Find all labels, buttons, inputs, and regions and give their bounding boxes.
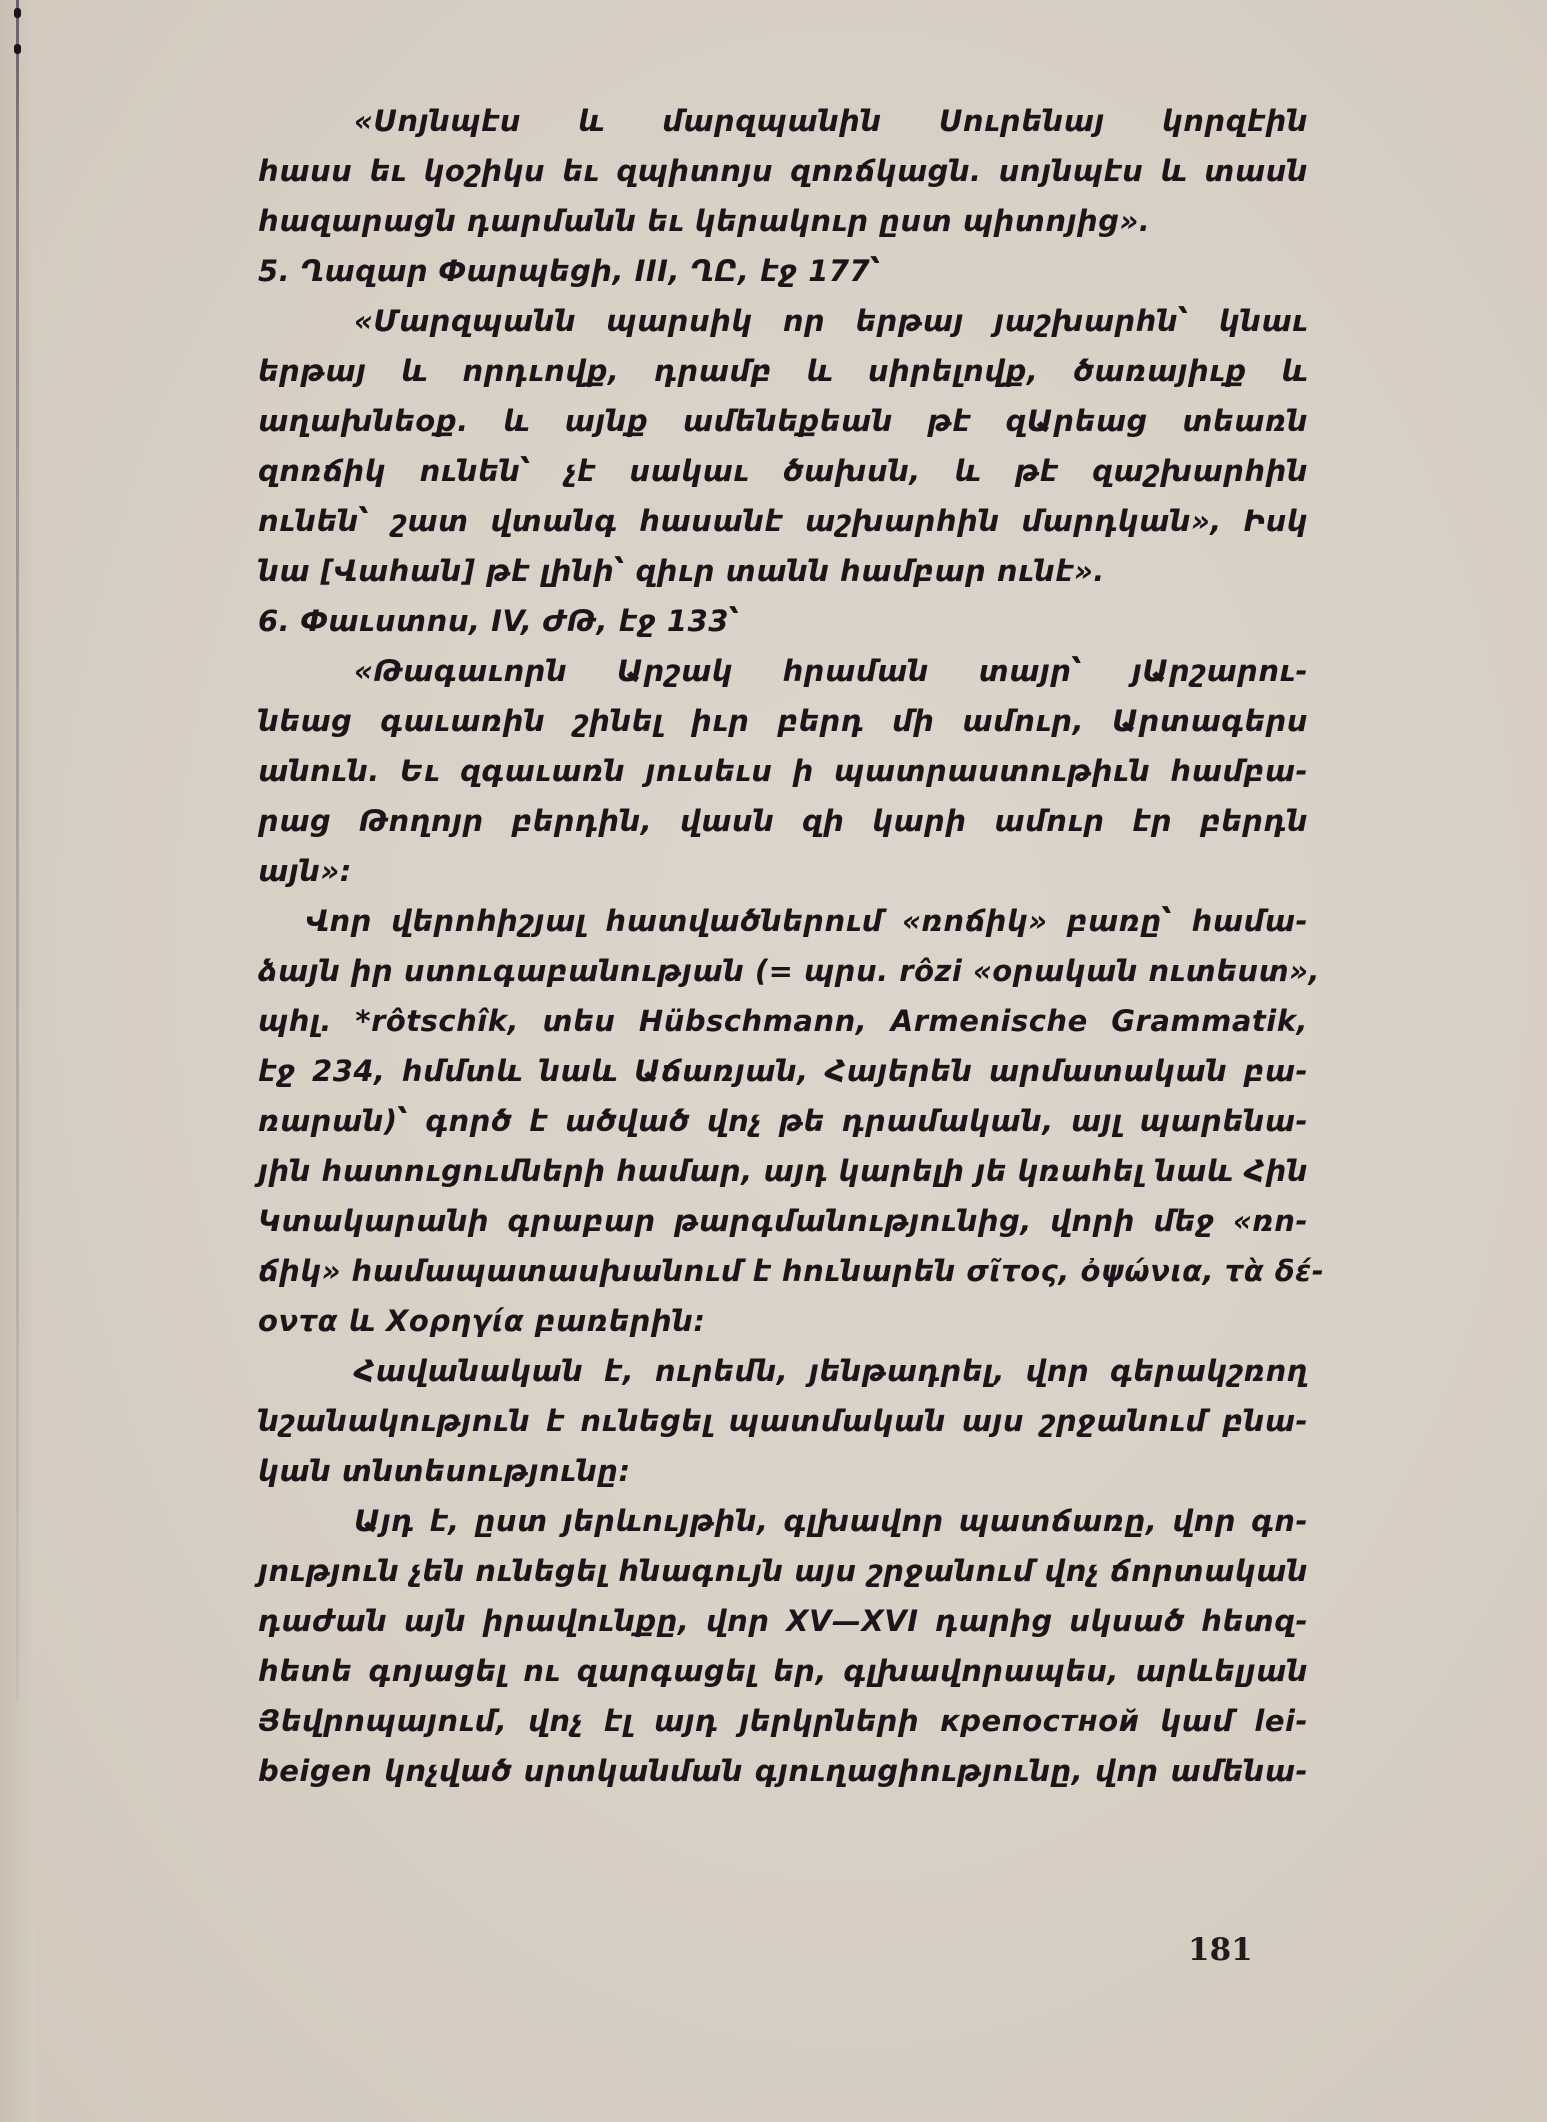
text-line: հազարացն դարմանն եւ կերակուր ըստ պիտոյից… bbox=[258, 196, 1308, 246]
text-line: հետե գոյացել ու զարգացել եր, գլխավորապես… bbox=[258, 1646, 1308, 1696]
text-line: նեաց գաւառին շինել իւր բերդ մի ամուր, Ար… bbox=[258, 696, 1308, 746]
text-line: հասս եւ կօշիկս եւ զպիտոյս զոռճկացն. սոյն… bbox=[258, 146, 1308, 196]
text-line: «Սոյնպէս և մարզպանին Սուրենայ կորզէին bbox=[258, 96, 1308, 146]
paragraph-rochik-etymology: Վոր վերոհիշյալ հատվածներում «ռոճիկ» բառը… bbox=[258, 896, 1308, 1346]
text-line: Հավանական է, ուրեմն, յենթադրել, վոր գերա… bbox=[258, 1346, 1308, 1396]
text-line: անուն. Եւ զգաւառն յուսեւս ի պատրաստութիւ… bbox=[258, 746, 1308, 796]
paragraph-main-reason: Այդ է, ըստ յերևույթին, գլխավոր պատճառը, … bbox=[258, 1496, 1308, 1796]
text-line: րաց Թողոյր բերդին, վասն զի կարի ամուր էր… bbox=[258, 796, 1308, 846]
text-line: οντα և Χορηγία բառերին: bbox=[258, 1296, 1308, 1346]
binding-stitch-mark bbox=[14, 8, 21, 18]
text-line: էջ 234, հմմտև նաև Աճառյան, Հայերեն արմատ… bbox=[258, 1046, 1308, 1096]
binding-edge-line bbox=[16, 0, 19, 1700]
text-line: զոռճիկ ունեն՝ չէ սակաւ ծախսն, և թէ զաշխա… bbox=[258, 446, 1308, 496]
quote-block-surena: «Սոյնպէս և մարզպանին Սուրենայ կորզէին հա… bbox=[258, 96, 1308, 246]
text-line: այն»: bbox=[258, 846, 1308, 896]
quote-block-marzpan: «Մարզպանն պարսիկ որ երթայ յաշխարհն՝ կնաւ… bbox=[258, 296, 1308, 596]
paragraph-natural-economy: Հավանական է, ուրեմն, յենթադրել, վոր գերա… bbox=[258, 1346, 1308, 1496]
book-page: «Սոյնպէս և մարզպանին Սուրենայ կորզէին հա… bbox=[0, 0, 1547, 2122]
text-line: նշանակություն է ունեցել պատմական այս շրջ… bbox=[258, 1396, 1308, 1446]
text-line: աղախնեօք. և այնք ամենեքեան թէ զԱրեաց տեա… bbox=[258, 396, 1308, 446]
text-line: «Մարզպանն պարսիկ որ երթայ յաշխարհն՝ կնաւ bbox=[258, 296, 1308, 346]
text-line: դաժան այն իրավունքը, վոր XV—XVI դարից սկ… bbox=[258, 1596, 1308, 1646]
text-line: նա [Վահան] թէ լինի՝ զիւր տանն համբար ուն… bbox=[258, 546, 1308, 596]
text-line: ճիկ» համապատասխանում է հունարեն σῖτος, ὀ… bbox=[258, 1246, 1308, 1296]
text-line: երթայ և որդւովք, դրամբ և սիրելովք, ծառայ… bbox=[258, 346, 1308, 396]
quote-block-arshak: «Թագաւորն Արշակ հրաման տայր՝ յԱրշարու- ն… bbox=[258, 646, 1308, 896]
text-line: կան տնտեսությունը: bbox=[258, 1446, 1308, 1496]
page-number: 181 bbox=[1188, 1932, 1253, 1968]
text-line: beigen կոչված սրտկանման գյուղացիությունը… bbox=[258, 1746, 1308, 1796]
text-line: «Թագաւորն Արշակ հրաման տայր՝ յԱրշարու- bbox=[258, 646, 1308, 696]
source-citation-5: 5. Ղազար Փարպեցի, III, ՂԸ, էջ 177՝ bbox=[258, 246, 1308, 296]
text-line: Վոր վերոհիշյալ հատվածներում «ռոճիկ» բառը… bbox=[258, 896, 1308, 946]
text-line: Կտակարանի գրաբար թարգմանությունից, վորի … bbox=[258, 1196, 1308, 1246]
binding-stitch-mark bbox=[14, 44, 21, 54]
text-line: ռարան)՝ գործ է ածված վոչ թե դրամական, այ… bbox=[258, 1096, 1308, 1146]
text-line: ձայն իր ստուգաբանության (= պրս. rôzi «օր… bbox=[258, 946, 1308, 996]
text-line: Յեվրոպայում, վոչ էլ այդ յերկրների крепос… bbox=[258, 1696, 1308, 1746]
source-citation-6: 6. Փաւստոս, IV, ԺԹ, էջ 133՝ bbox=[258, 596, 1308, 646]
page-text-body: «Սոյնպէս և մարզպանին Սուրենայ կորզէին հա… bbox=[258, 96, 1308, 1796]
text-line: յություն չեն ունեցել հնագույն այս շրջանո… bbox=[258, 1546, 1308, 1596]
text-line: ունեն՝ շատ վտանգ հասանէ աշխարհին մարդկան… bbox=[258, 496, 1308, 546]
text-line: Այդ է, ըստ յերևույթին, գլխավոր պատճառը, … bbox=[258, 1496, 1308, 1546]
text-line: յին հատուցումների համար, այդ կարելի յե կ… bbox=[258, 1146, 1308, 1196]
text-line: պհլ. *rôtschîk, տես Hübschmann, Armenisc… bbox=[258, 996, 1308, 1046]
